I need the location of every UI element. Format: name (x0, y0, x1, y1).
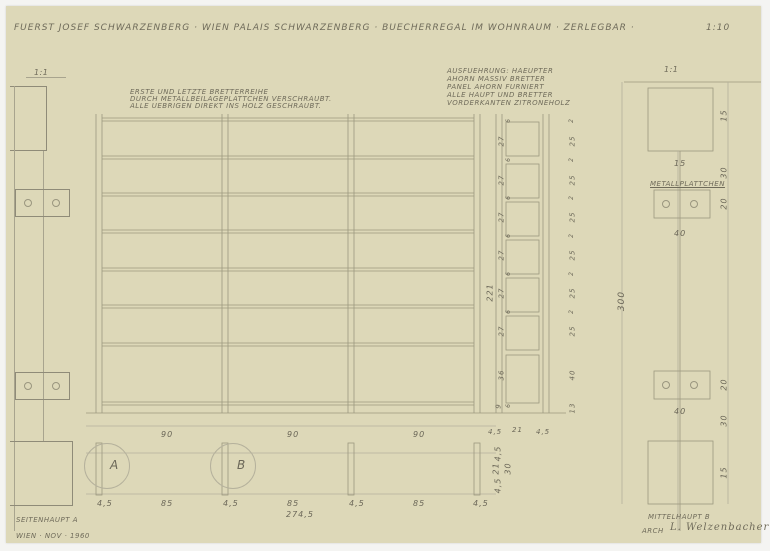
right-dim-plate2-width: 40 (674, 407, 686, 416)
right-detail-label: MITTELHAUPT B (648, 513, 710, 521)
section-right-dim: 2 (568, 118, 575, 123)
section-left-dim: 6 (505, 403, 512, 408)
place-date: WIEN · NOV · 1960 (16, 532, 90, 540)
section-right-dim: 25 (568, 250, 576, 261)
section-right-dim: 2 (568, 309, 575, 314)
section-right-dim: 25 (568, 288, 576, 299)
section-bottom-dim: 21 (512, 426, 523, 434)
section-left-dim: 27 (497, 136, 505, 147)
right-dim-height: 300 (617, 291, 627, 311)
section-left-dim: 27 (497, 175, 505, 186)
section-right-dim: 2 (568, 195, 575, 200)
metal-plate-label: METALLPLATTCHEN (650, 180, 725, 188)
architect-prefix: ARCH (642, 527, 664, 535)
right-dim-gap2: 30 (720, 414, 729, 426)
right-dim-top: 15 (720, 109, 729, 121)
plan-dim: 4,5 (349, 499, 365, 508)
section-left-dim: 6 (505, 195, 512, 200)
screw-hole-icon (690, 381, 698, 389)
screw-hole-icon (662, 200, 670, 208)
total-width: 274,5 (286, 510, 314, 519)
section-bottom-dim: 4,5 (488, 428, 502, 436)
right-dim-bottom: 15 (720, 466, 729, 478)
section-label-b: B (237, 458, 246, 472)
left-detail-label: SEITENHAUPT A (16, 516, 78, 524)
section-left-dim: 6 (505, 157, 512, 162)
architect-signature: L. Welzenbacher (670, 522, 769, 533)
section-left-dim: 6 (505, 309, 512, 314)
section-right-dim: 13 (568, 403, 576, 414)
screw-hole-icon (662, 381, 670, 389)
plan-side-dim: 21 (492, 462, 501, 474)
right-dim-plate: 20 (720, 197, 729, 209)
section-left-dim: 27 (497, 250, 505, 261)
section-left-dim: 27 (497, 326, 505, 337)
bay-width-2: 90 (287, 430, 299, 439)
section-right-dim: 25 (568, 212, 576, 223)
plan-dim: 85 (287, 499, 299, 508)
section-right-dim: 2 (568, 157, 575, 162)
plan-dim: 85 (161, 499, 173, 508)
drawing-sheet: FUERST JOSEF SCHWARZENBERG · WIEN PALAIS… (6, 6, 761, 543)
section-right-dim: 2 (568, 233, 575, 238)
section-left-dim: 27 (497, 288, 505, 299)
section-right-dim: 2 (568, 271, 575, 276)
section-right-dim: 25 (568, 326, 576, 337)
section-left-dim: 27 (497, 212, 505, 223)
total-height: 221 (486, 283, 495, 301)
section-right-dim: 40 (568, 370, 576, 381)
section-left-dim: 6 (505, 233, 512, 238)
bay-width-1: 90 (161, 430, 173, 439)
plan-side-dim: 30 (504, 462, 513, 474)
right-dim-gap1: 30 (720, 166, 729, 178)
plan-dim: 4,5 (473, 499, 489, 508)
right-dim-width-top: 15 (674, 159, 686, 168)
section-marker-a (84, 443, 130, 489)
bay-width-3: 90 (413, 430, 425, 439)
screw-hole-icon (690, 200, 698, 208)
plan-side-dim: 4,5 (493, 446, 502, 462)
right-detail-scale: 1:1 (664, 66, 678, 74)
section-label-a: A (110, 458, 119, 472)
section-marker-b (210, 443, 256, 489)
section-left-dim: 9 (495, 403, 503, 408)
plan-dim: 4,5 (223, 499, 239, 508)
section-right-dim: 25 (568, 175, 576, 186)
right-dim-plate-width: 40 (674, 229, 686, 238)
plan-dim: 85 (413, 499, 425, 508)
section-left-dim: 6 (505, 118, 512, 123)
section-left-dim: 36 (497, 370, 505, 381)
right-dim-plate2: 20 (720, 378, 729, 390)
section-right-dim: 25 (568, 136, 576, 147)
plan-side-dim: 4,5 (493, 478, 502, 494)
section-bottom-dim: 4,5 (536, 428, 550, 436)
plan-dim: 4,5 (97, 499, 113, 508)
section-left-dim: 6 (505, 271, 512, 276)
